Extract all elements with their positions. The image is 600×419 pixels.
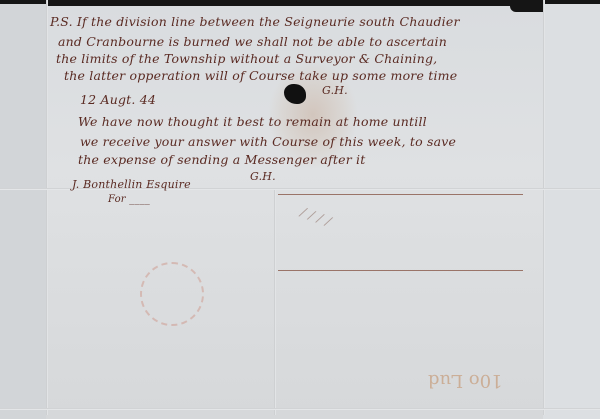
- address-line-1: J. Bonthellin Esquire: [72, 178, 191, 191]
- fold-line-right: [543, 0, 545, 415]
- note-line-3: the expense of sending a Messenger after…: [78, 152, 365, 167]
- ps-line-1: P.S. If the division line between the Se…: [50, 14, 460, 29]
- ps-line-4: the latter opperation will of Course tak…: [64, 68, 457, 83]
- mirrored-docket: 10o Lud: [428, 370, 503, 391]
- note-line-2: we receive your answer with Course of th…: [80, 134, 456, 149]
- address-line-2: For ____: [108, 194, 150, 205]
- burn-hole: [284, 84, 306, 104]
- address-rule-bottom: [278, 270, 523, 271]
- fold-line-left: [46, 0, 48, 415]
- postmark-stamp: [140, 262, 204, 326]
- note-initials: G.H.: [250, 170, 276, 183]
- address-rule-top: [278, 194, 523, 195]
- ps-line-2: and Cranbourne is burned we shall not be…: [58, 34, 447, 49]
- right-fold-panel: [543, 4, 600, 419]
- ps-initials: G.H.: [322, 84, 348, 97]
- fold-line-center: [274, 190, 276, 415]
- note-line-1: We have now thought it best to remain at…: [78, 114, 427, 129]
- ps-line-3: the limits of the Township without a Sur…: [56, 51, 437, 66]
- fold-line-bottom: [0, 408, 600, 410]
- left-fold-panel: [0, 4, 46, 419]
- note-date: 12 Augt. 44: [80, 92, 156, 107]
